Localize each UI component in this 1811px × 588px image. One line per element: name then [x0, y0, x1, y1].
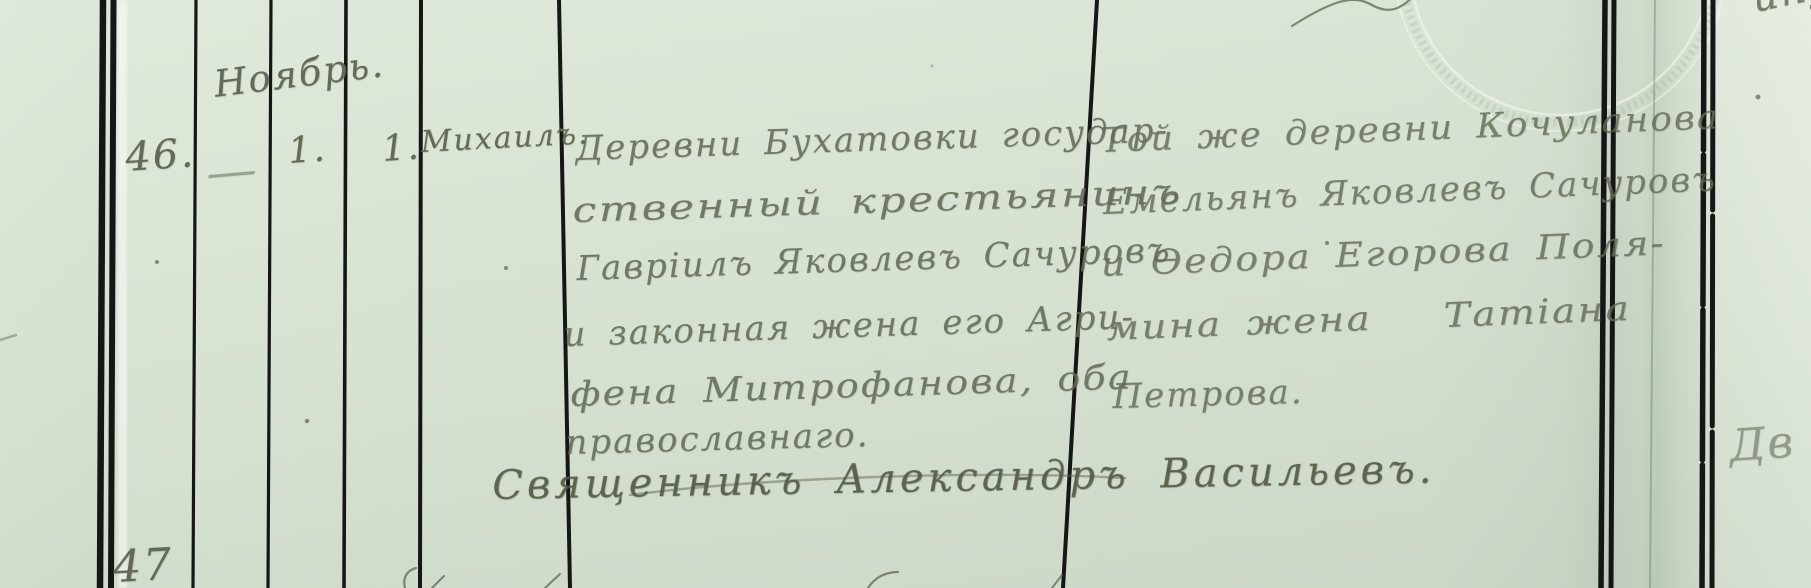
cutoff-stroke — [432, 576, 444, 588]
page-edge-rule — [1702, 0, 1704, 588]
column-rule — [193, 0, 196, 588]
page-edge-rule — [1712, 0, 1713, 588]
entry-number-female-dash: — — [204, 145, 261, 195]
cutoff-stroke — [545, 574, 560, 588]
birth-day: 1. — [287, 131, 328, 170]
ink-speck — [155, 260, 159, 264]
ink-fragment-right-margin: Дв — [1728, 420, 1796, 468]
ink-flourish — [1292, 0, 1416, 26]
ink-speck — [931, 65, 934, 68]
column-rule — [1063, 0, 1097, 588]
ink-speck — [504, 266, 508, 270]
entry-number-male: 46. — [124, 133, 196, 178]
parents-text-line: православнаго. — [565, 418, 870, 460]
cutoff-stroke — [404, 568, 416, 588]
ink-speck — [1756, 95, 1761, 100]
baptism-day: 1. — [381, 129, 422, 168]
godparents-text-line: Петрова. — [1112, 375, 1304, 414]
column-rule — [100, 0, 103, 588]
column-rule — [420, 0, 421, 588]
cutoff-stroke — [1052, 575, 1062, 588]
margin-tick — [0, 335, 16, 340]
next-entry-number: 47 — [112, 543, 174, 588]
page-fold-line — [1650, 0, 1655, 588]
cutoff-stroke — [868, 572, 898, 588]
ink-speck — [305, 419, 309, 423]
column-rule — [111, 0, 114, 588]
metric-book-page: Ноябрь. 46. — 1. 1. Михаилъ. Деревни Бух… — [0, 0, 1811, 588]
child-name: Михаилъ. — [420, 119, 590, 158]
